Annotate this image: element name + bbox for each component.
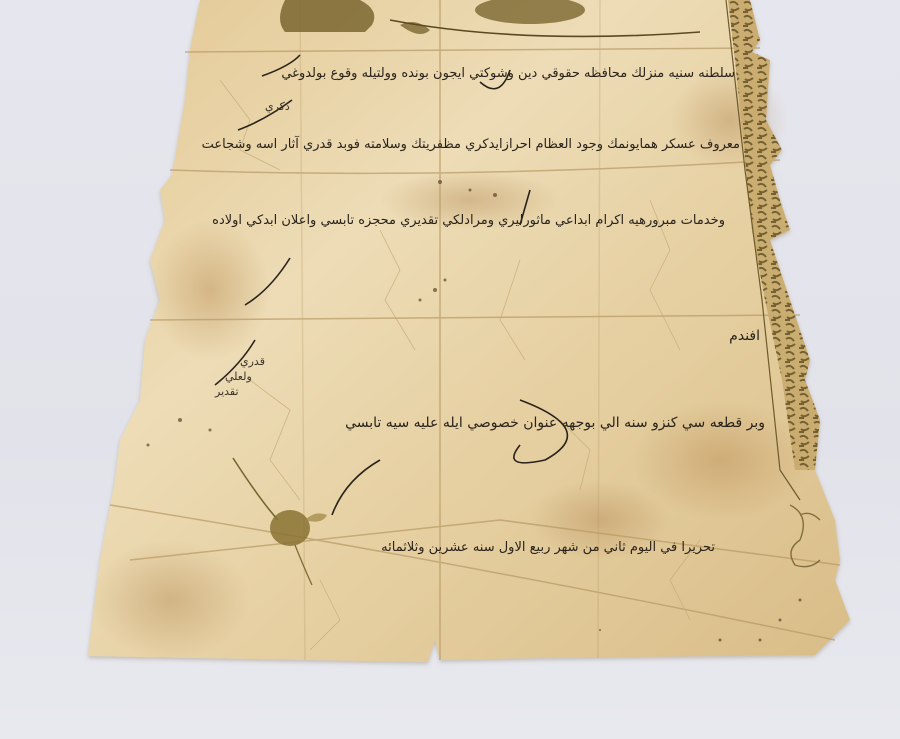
marginal-note-3: ولعلي [225, 370, 252, 383]
marginal-note-4: تقدير [215, 385, 239, 398]
document-line-3: وخدمات مبرورهيه اكرام ابداعي ماثورليري و… [212, 213, 725, 228]
document-line-4: افندم [729, 328, 760, 344]
document-line-2: معروف عسكر همايونمك وجود العظام احرازايد… [202, 137, 740, 152]
document-line-5: وبر قطعه سي كنزو سنه الي بوجهه عنوان خصو… [345, 415, 765, 431]
marginal-note-1: ذكري [265, 100, 290, 113]
document-line-1: سلطنه سنيه منزلك محافظه حقوقي دين وشوكتي… [281, 66, 735, 81]
document-line-6: تحريرا في اليوم ثاني من شهر ربيع الاول س… [381, 540, 715, 555]
ottoman-document [0, 0, 900, 739]
marginal-note-2: قدري [240, 355, 265, 368]
